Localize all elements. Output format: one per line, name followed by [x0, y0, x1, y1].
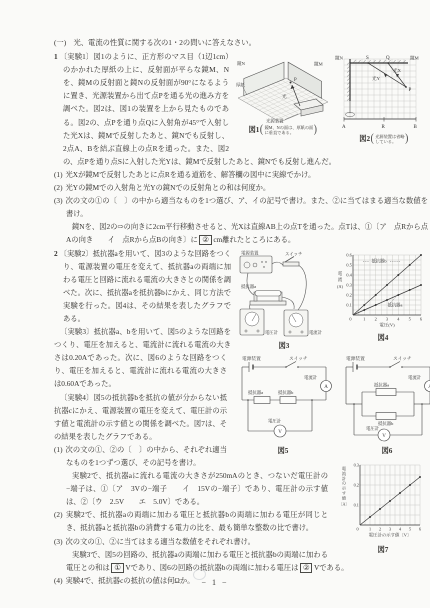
svg-text:1: 1	[369, 526, 371, 531]
svg-text:0.6: 0.6	[346, 252, 352, 257]
experiment2-text: 〔実験2〕抵抗器aを用いて、図3のような回路をつくり、電源装置の電圧を変えて、抵…	[60, 249, 231, 323]
q1-item-3-body: 鏡Nを、図2の⇨の向きに2cm平行移動させると、光Xは直線AB上の点Tを通った。…	[54, 220, 428, 246]
fig5-switch-lever	[286, 361, 296, 367]
item-number: (3)	[54, 196, 63, 205]
svg-text:0.2: 0.2	[354, 482, 359, 487]
fig5-ammeter-a: A	[324, 385, 328, 390]
figure-group-7: 01234560.10.20.3電圧計の示す値〔V〕電流計の示す値〔A〕 図7	[336, 459, 430, 554]
fig5-resistor-b-label: 抵抗器b	[278, 389, 294, 396]
fig1-point-p-dot	[290, 82, 292, 84]
answer-blank-2: ②	[300, 563, 313, 573]
svg-text:0.1: 0.1	[354, 502, 359, 507]
fig2-mirror-m-label: 鏡M	[410, 55, 419, 62]
svg-text:0.3: 0.3	[346, 282, 351, 287]
svg-text:0.2: 0.2	[346, 292, 351, 297]
figure-7: 01234560.10.20.3電圧計の示す値〔V〕電流計の示す値〔A〕 図7	[336, 459, 430, 554]
fig1-paper-label: 厚紙	[236, 82, 245, 89]
svg-text:4: 4	[399, 526, 402, 531]
svg-text:5: 5	[409, 526, 411, 531]
svg-text:抵抗器a: 抵抗器a	[388, 301, 403, 308]
fig6-voltmeter-v: V	[382, 434, 386, 439]
fig2-note: 光源装置は省略している。	[375, 134, 404, 144]
svg-text:2: 2	[379, 526, 381, 531]
svg-text:6: 6	[420, 316, 423, 321]
item-text: 次の文の①、②の〔 〕の中から、それぞれ適当なものを1つずつ選び、その記号を書け…	[66, 445, 227, 467]
fig3-switch-lever	[285, 256, 294, 262]
fig1-note-close-paren: )	[314, 125, 317, 135]
fig2-point-q-label: Q	[386, 56, 390, 61]
fig5-switch-label: スイッチ	[289, 356, 308, 362]
item-text: 実験2で、抵抗器aの両端に加わる電圧と抵抗器bの両端に加わる電圧が同じとき、抵抗…	[66, 510, 328, 532]
fig3-power-dot	[261, 261, 262, 262]
svg-text:0: 0	[349, 316, 351, 321]
item-number: (1)	[54, 170, 63, 179]
body-text: Vである。	[314, 563, 348, 572]
fig2-light-x-label: 光X	[393, 67, 402, 74]
svg-text:4: 4	[397, 316, 400, 321]
svg-text:抵抗器b: 抵抗器b	[371, 257, 386, 264]
fig1-point-p-label: P	[294, 78, 297, 83]
page-number: − 1 −	[0, 578, 430, 587]
svg-text:3: 3	[389, 526, 391, 531]
question2-number: 2	[54, 249, 58, 258]
fig4-caption: 図4	[378, 334, 389, 342]
fig3-ammeter-label: 電流計	[309, 329, 323, 336]
svg-text:流: 流	[338, 276, 343, 283]
fig1-mirror-n-label: 鏡N	[237, 60, 246, 67]
fig5-caption: 図5	[278, 447, 289, 455]
fig6-power-label: 電源装置	[346, 355, 365, 362]
figure-1: 鏡N 鏡M 厚紙 P 光 光源装置 図1 ( 鏡M、Nの面は、厚紙の面に垂直であ…	[236, 58, 330, 135]
fig2-point-p-dot	[405, 86, 407, 88]
item-number: (2)	[54, 183, 63, 192]
svg-text:電圧計の示す値〔V〕: 電圧計の示す値〔V〕	[369, 531, 412, 538]
fig2-point-r-label: R	[382, 125, 386, 130]
figure-3: 電源装置 スイッチ 抵抗器a 電圧計 電流計 図3	[238, 249, 330, 350]
page-content: (一) 光、電流の性質に関する次の1・2の問いに答えなさい。 鏡N 鏡M	[54, 36, 428, 587]
svg-text:〔A〕: 〔A〕	[339, 501, 350, 506]
svg-text:2: 2	[375, 316, 377, 321]
figure-group-3-4: 電源装置 スイッチ 抵抗器a 電圧計 電流計 図3 01234560.10.20…	[238, 249, 430, 350]
svg-text:0.3: 0.3	[354, 462, 359, 467]
fig1-light-label: 光	[282, 93, 287, 100]
fig5-resistor-a-symbol	[254, 396, 270, 403]
fig3-illustration: 電源装置 スイッチ 抵抗器a 電圧計 電流計	[238, 249, 330, 341]
fig7-caption: 図7	[378, 546, 389, 554]
answer-blank-1: ①	[111, 563, 124, 573]
fig3-wire	[272, 262, 283, 265]
fig1-illustration: 鏡N 鏡M 厚紙 P 光 光源装置	[236, 58, 330, 124]
fig2-mirror-n-label: 鏡N	[335, 55, 344, 62]
fig6-resistor-b-label: 抵抗器b	[378, 420, 394, 427]
fig6-switch-lever	[390, 361, 400, 367]
fig5-ammeter-label: 電流計	[304, 374, 318, 381]
svg-text:3: 3	[386, 316, 388, 321]
fig2-illustration: 鏡N S Q 鏡M 光X 光Y P A R B	[334, 53, 430, 133]
figure-5: 電源装置 スイッチ 電流計 A 抵抗器a 抵抗器b 電圧計 V 図5	[234, 354, 332, 455]
fig3-ammeter-dial	[289, 313, 303, 327]
fig3-power-dot	[263, 266, 264, 267]
fig6-caption: 図6	[382, 447, 393, 455]
item-text: 次の文の①、②に当てはまる適当な数値をそれぞれ書け。	[66, 537, 255, 546]
fig3-caption: 図3	[279, 342, 290, 350]
fig2-point-b-label: B	[414, 125, 418, 130]
svg-text:0: 0	[356, 526, 358, 531]
fig5-voltmeter-v: V	[278, 430, 282, 435]
q1-item-3: (3)次の文の①の〔 〕の中から適当なものを1つ選び、ア、イの記号で書け。また、…	[54, 194, 428, 220]
fig3-resistor-a-label: 抵抗器a	[241, 283, 256, 290]
svg-text:0.1: 0.1	[346, 302, 351, 307]
fig1-number: 図1	[249, 126, 260, 134]
item-text: 光Yの鏡Mでの入射角と光Yの鏡Nでの反射角との和は何度か。	[66, 183, 271, 192]
fig1-mirror-m-label: 鏡M	[314, 61, 323, 68]
svg-text:電: 電	[338, 270, 343, 276]
fig2-ray-y-arrowhead	[384, 74, 387, 78]
fig2-note-close-paren: )	[405, 134, 408, 144]
fig2-point-a-label: A	[342, 125, 346, 130]
fig6-resistor-a-symbol	[376, 388, 396, 395]
fig6-circuit: 電源装置 スイッチ 電流計 A 抵抗器a 抵抗器b 電圧計 V	[338, 354, 430, 446]
fig1-note-open-paren: (	[260, 125, 263, 135]
figure-2: 鏡N S Q 鏡M 光X 光Y P A R B 図2 ( 光源装置は省略している…	[334, 53, 430, 144]
svg-text:1: 1	[363, 316, 365, 321]
fig7-chart: 01234560.10.20.3電圧計の示す値〔V〕電流計の示す値〔A〕	[336, 459, 430, 545]
fig3-wire	[298, 265, 306, 310]
fig2-point-q-dot	[387, 62, 389, 64]
fig2-point-s-dot	[367, 62, 369, 64]
fig3-power-dot	[265, 261, 266, 262]
fig5-resistor-a-label: 抵抗器a	[248, 389, 263, 396]
svg-text:(A): (A)	[337, 284, 343, 289]
fig3-voltmeter-dial	[245, 312, 259, 326]
svg-text:5: 5	[409, 316, 411, 321]
fig6-ammeter-label: 電流計	[408, 374, 422, 381]
question-heading: (一) 光、電流の性質に関する次の1・2の問いに答えなさい。	[54, 36, 428, 49]
figure-group-1-2: 鏡N 鏡M 厚紙 P 光 光源装置 図1 ( 鏡M、Nの面は、厚紙の面に垂直であ…	[236, 53, 430, 144]
fig2-point-s-label: S	[366, 56, 369, 61]
q1-item-2: (2)光Yの鏡Mでの入射角と光Yの鏡Nでの反射角との和は何度か。	[54, 181, 428, 194]
fig2-note-open-paren: (	[371, 134, 374, 144]
fig6-resistor-a-label: 抵抗器a	[374, 381, 389, 388]
figure-6: 電源装置 スイッチ 電流計 A 抵抗器a 抵抗器b 電圧計 V 図6	[338, 354, 430, 455]
answer-blank-2: ②	[199, 235, 212, 245]
fig6-voltmeter-label: 電圧計	[366, 425, 380, 432]
fig1-source-label: 光源装置	[266, 118, 284, 125]
fig6-switch-label: スイッチ	[393, 356, 412, 362]
fig5-circuit: 電源装置 スイッチ 電流計 A 抵抗器a 抵抗器b 電圧計 V	[234, 354, 332, 446]
item-number: (3)	[54, 537, 63, 546]
svg-text:電圧(V): 電圧(V)	[379, 321, 395, 328]
item-text: 次の文の①の〔 〕の中から適当なものを1つ選び、ア、イの記号で書け。また、②に当…	[66, 196, 428, 218]
item-number: (2)	[54, 510, 63, 519]
fig5-power-label: 電源装置	[242, 355, 261, 362]
fig5-voltmeter-label: 電圧計	[268, 417, 282, 424]
fig3-power-label: 電源装置	[241, 249, 259, 256]
fig3-switch-base	[283, 262, 299, 266]
fig3-resistor-body	[255, 290, 281, 296]
fig2-number: 図2	[359, 135, 370, 143]
fig3-voltmeter-label: 電圧計	[265, 329, 279, 336]
svg-text:0.5: 0.5	[346, 262, 351, 267]
fig3-resistor-base	[250, 301, 286, 305]
body-text: Vであり、図6の回路の抵抗器bの両端に加わる電圧は	[125, 563, 298, 572]
item-number: (1)	[54, 445, 63, 454]
fig3-power-supply-box	[240, 256, 272, 273]
fig5-resistor-b-symbol	[280, 396, 296, 403]
fig2-caption: 図2 ( 光源装置は省略している。 )	[359, 134, 408, 144]
question1-number: 1	[54, 52, 58, 61]
fig4-chart: 01234560.10.20.30.40.50.6電圧(V)電流(A)抵抗器b抵…	[333, 249, 430, 333]
body-text: cm離れたところにある。	[213, 235, 295, 244]
item-text: 光Xが鏡Mで反射したあとに点Rを通る道筋を、解答欄の図中に実線でかけ。	[66, 170, 316, 179]
exam-page: (一) 光、電流の性質に関する次の1・2の問いに答えなさい。 鏡N 鏡M	[0, 0, 430, 608]
fig2-light-y-label: 光Y	[372, 75, 381, 82]
svg-text:6: 6	[419, 526, 421, 531]
figure-group-5-6: 電源装置 スイッチ 電流計 A 抵抗器a 抵抗器b 電圧計 V 図5	[234, 354, 430, 455]
fig2-point-p-label: P	[409, 88, 412, 93]
fig1-caption: 図1 ( 鏡M、Nの面は、厚紙の面に垂直である。 )	[249, 125, 318, 135]
fig6-resistor-b-symbol	[376, 412, 396, 419]
figure-4: 01234560.10.20.30.40.50.6電圧(V)電流(A)抵抗器b抵…	[333, 249, 430, 342]
fig1-note: 鏡M、Nの面は、厚紙の面に垂直である。	[265, 125, 314, 135]
q1-item-1: (1)光Xが鏡Mで反射したあとに点Rを通る道筋を、解答欄の図中に実線でかけ。	[54, 168, 428, 181]
svg-text:0.4: 0.4	[346, 272, 352, 277]
